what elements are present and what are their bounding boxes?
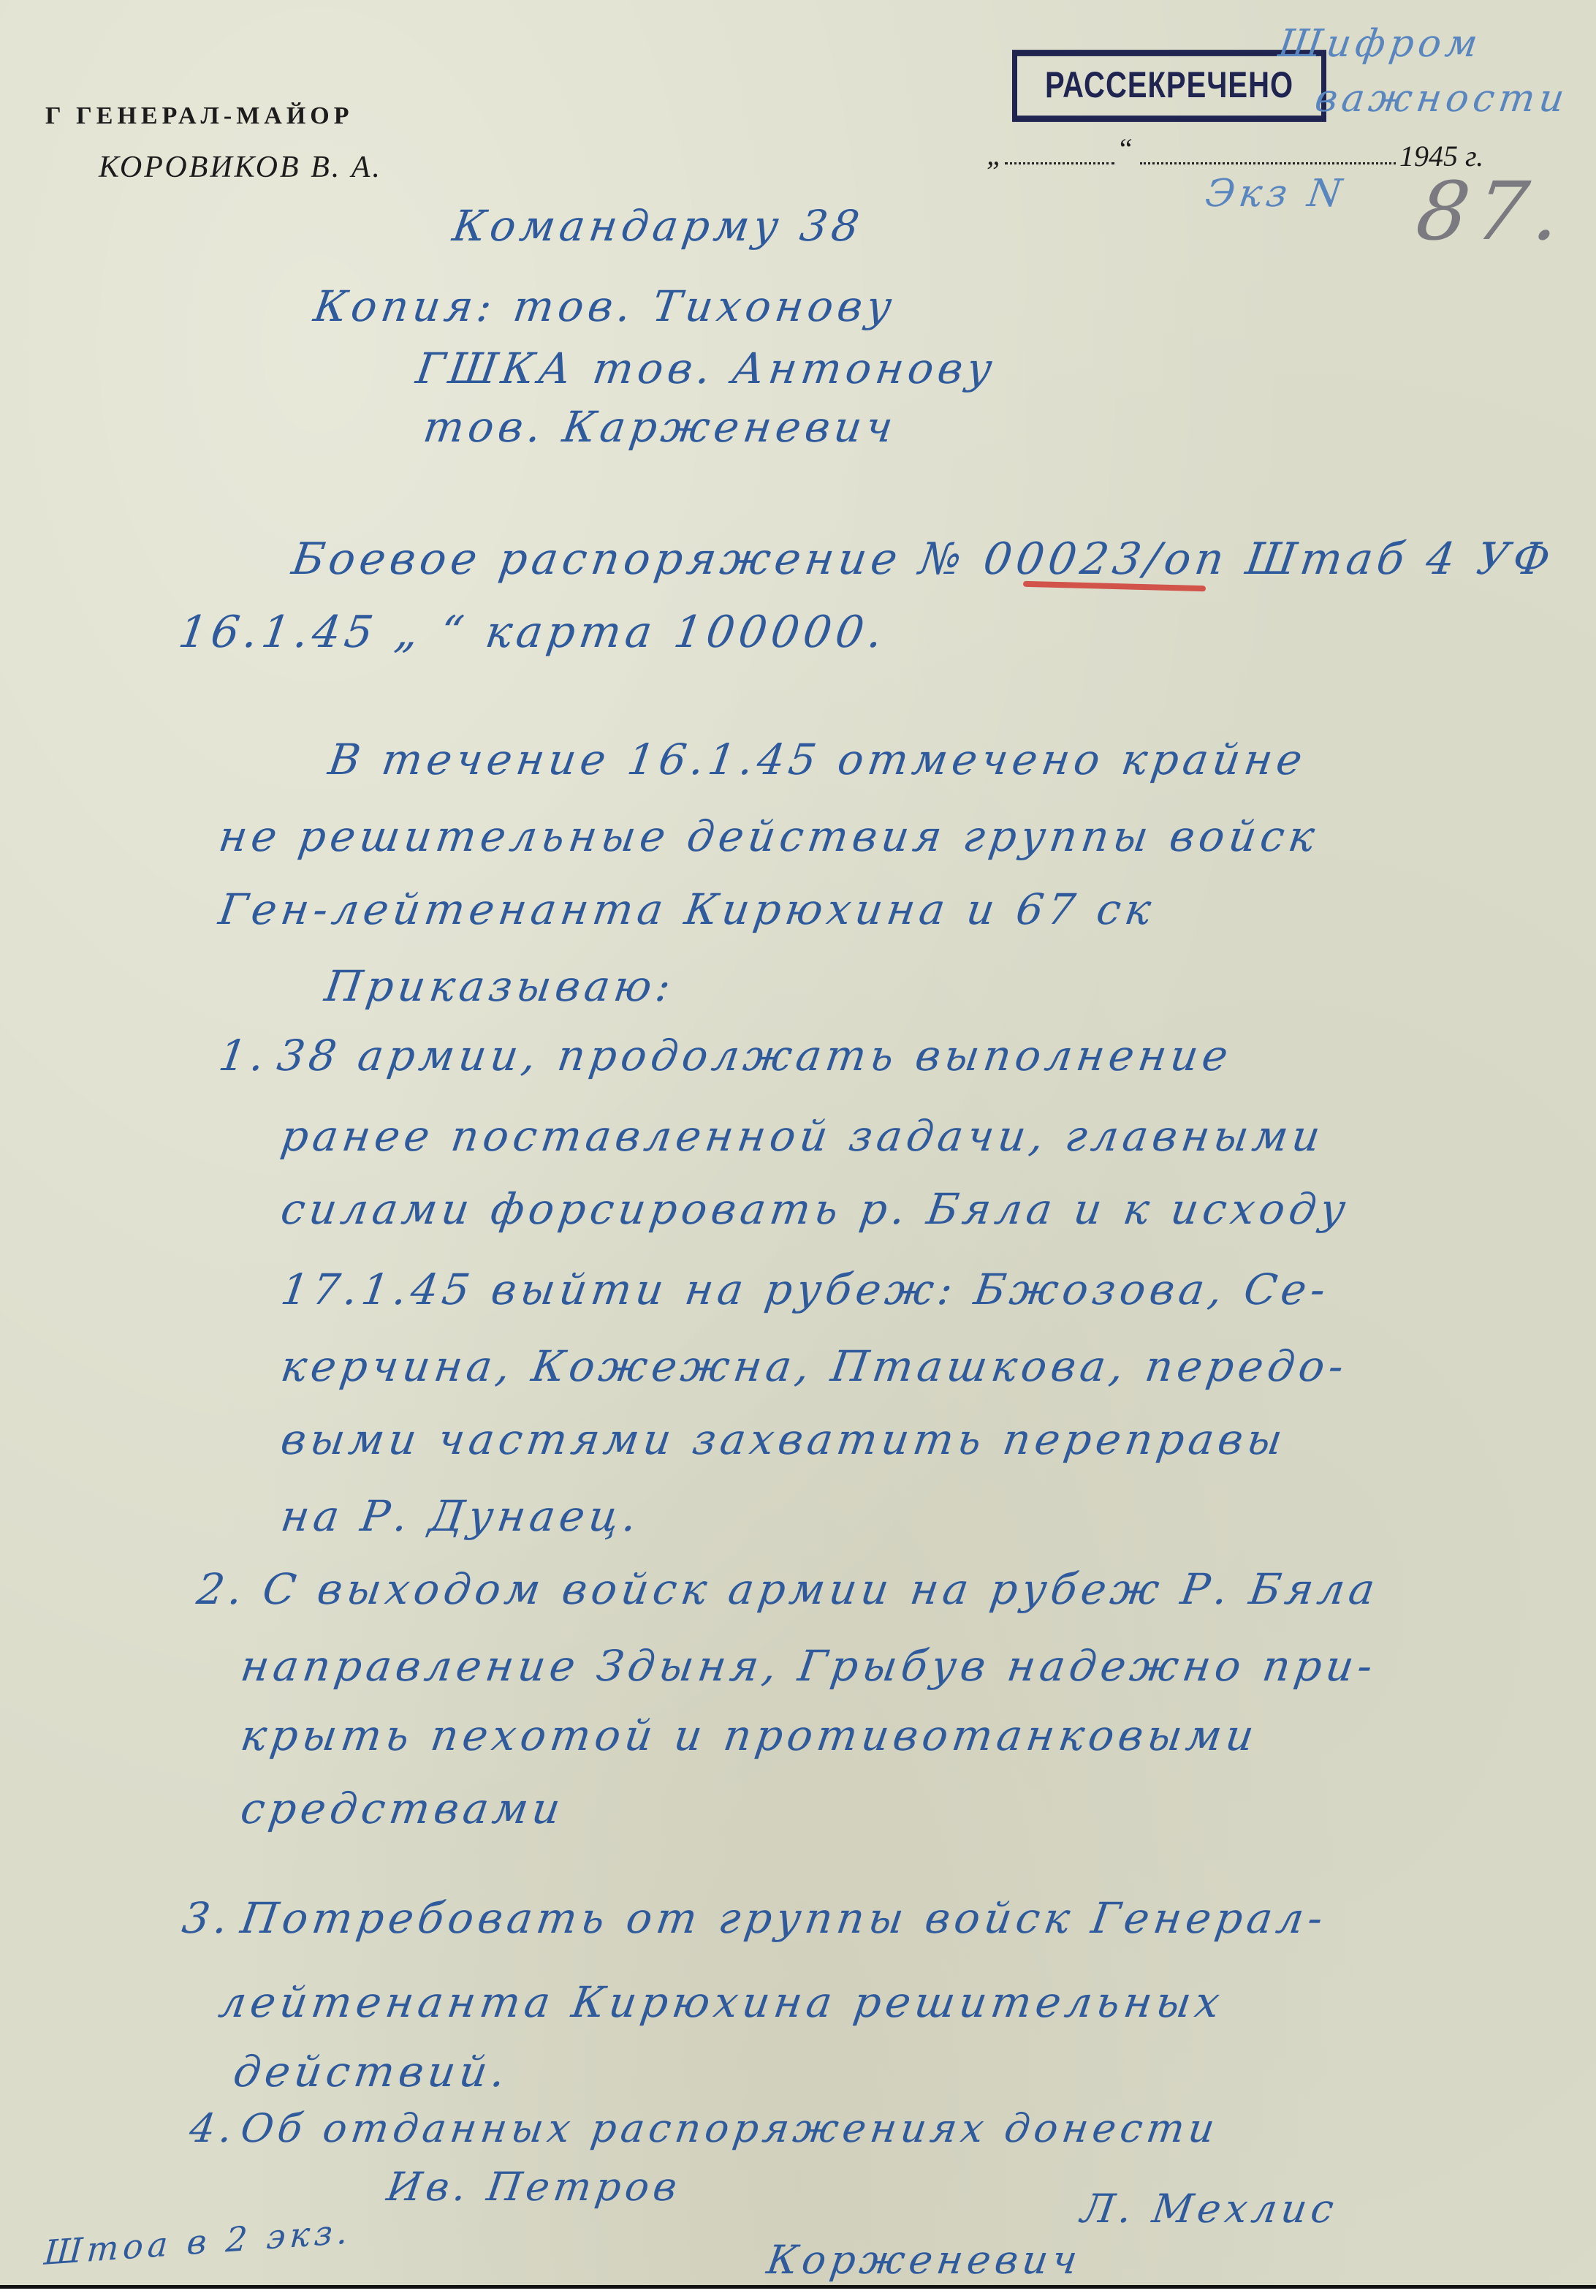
intro-line-1: В течение 16.1.45 отмечено крайне [325,735,1310,784]
copy-number-note: Экз N [1203,172,1349,216]
item-1-line-5: керчина, Кожежна, Пташкова, передо- [278,1341,1351,1391]
item-1-line-6: выми частями захватить переправы [278,1414,1290,1464]
page-bottom-edge [0,2285,1596,2296]
secrecy-note-line2: важности [1312,77,1571,121]
page-number: 87. [1411,164,1574,258]
item-1-line-7: на Р. Дунаец. [278,1491,644,1541]
letterhead-rank: Г ГЕНЕРАЛ-МАЙОР [45,102,354,130]
item-1-line-4: 17.1.45 выйти на рубеж: Бжозова, Се- [278,1265,1333,1314]
order-title: Боевое распоряжение № 00023/оп Штаб 4 УФ [289,534,1557,585]
letterhead-name: КОРОВИКОВ В. А. [99,150,382,185]
signature-petrov: Ив. Петров [384,2164,684,2210]
item-1-number: 1. [216,1031,272,1080]
item-3-line-1: Потребовать от группы войск Генерал- [237,1893,1330,1943]
addressee-main: Командарму 38 [449,201,867,251]
item-1-line-1: 38 армии, продолжать выполнение [274,1031,1235,1080]
order-date-map: 16.1.45 „ “ карта 100000. [175,607,890,658]
secrecy-note-line1: Шифром [1276,22,1485,66]
addressee-copy1: Копия: тов. Тихонову [311,281,899,331]
date-open-quote: „ [987,137,1003,172]
date-day-field [1005,162,1114,164]
addressee-copy2: ГШКА тов. Антонову [413,344,1000,393]
item-3-line-2: лейтенанта Кирюхина решительных [216,1977,1227,2027]
item-2-line-1: С выходом войск армии на рубеж Р. Бяла [259,1564,1382,1614]
addressee-copy3: тов. Карженевич [420,402,900,452]
date-close-quote: “ [1117,132,1133,166]
signature-mekhlis: Л. Мехлис [1079,2186,1341,2232]
order-word: Приказываю: [322,961,678,1011]
item-4-line-1: Об отданных распоряжениях донести [238,2105,1222,2151]
item-2-line-3: крыть пехотой и противотанковыми [237,1710,1261,1760]
item-2-number: 2. [194,1564,250,1614]
item-4-number: 4. [187,2105,240,2151]
item-3-number: 3. [179,1893,235,1943]
footer-copies-note: Штоа в 2 экз. [43,2211,354,2273]
item-1-line-2: ранее поставленной задачи, главными [278,1111,1327,1161]
signature-korzhenevich: Корженевич [764,2237,1084,2283]
item-2-line-4: средствами [237,1784,568,1833]
intro-line-3: Ген-лейтенанта Кирюхина и 67 ск [216,884,1158,934]
item-3-line-3: действий. [230,2047,512,2096]
item-2-line-2: направление Здыня, Грыбув надежно при- [237,1641,1380,1691]
intro-line-2: не решительные действия группы войск [216,811,1322,861]
item-1-line-3: силами форсировать р. Бяла и к исходу [278,1184,1353,1234]
date-month-field [1140,162,1396,164]
